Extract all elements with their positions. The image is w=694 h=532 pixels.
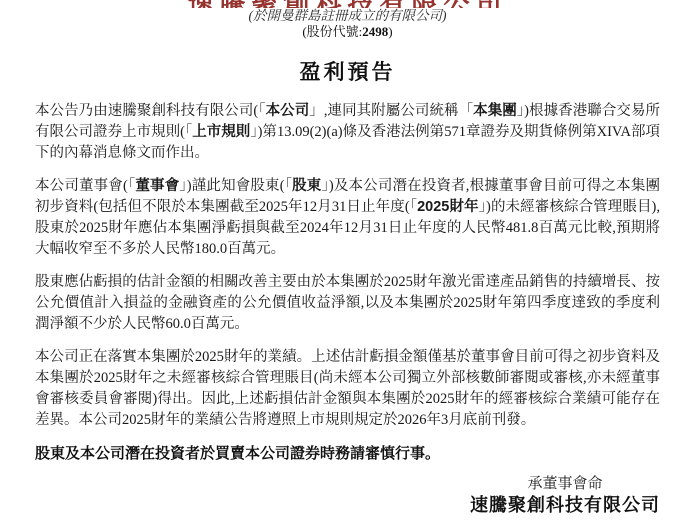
by-order-of-board: 承董事會命 [470,474,660,494]
document-title: 盈利預告 [35,60,660,86]
paragraph: 本公告乃由速騰聚創科技有限公司(「本公司」,連同其附屬公司統稱「本集團」)根據香… [35,101,660,164]
paragraph: 本公司董事會(「董事會」)謹此知會股東(「股東」)及本公司潛在投資者,根據董事會… [35,176,660,260]
caution-statement: 股東及本公司潛在投資者於買賣本公司證券時務請審慎行事。 [35,443,660,464]
signature-inner: 承董事會命 速騰聚創科技有限公司 [470,474,660,516]
paragraph: 本公司正在落實本集團於2025財年的業績。上述估計虧損金額僅基於董事會目前可得之… [35,347,660,431]
stock-code-value: 2498 [362,24,388,39]
defined-term: 股東 [292,178,321,194]
paragraph: 股東應佔虧損的估計金額的相關改善主要由於本集團於2025財年激光雷達產品銷售的持… [35,272,660,335]
signature-block: 承董事會命 速騰聚創科技有限公司 [35,474,660,516]
company-name-red-text: 速騰聚創科技有限公司 [187,0,507,8]
defined-term: 董事會 [135,178,179,194]
signature-company-name: 速騰聚創科技有限公司 [470,494,660,516]
stock-code-line: (股份代號:2498) [35,24,660,39]
stock-code-close: ) [388,24,392,39]
announcement-page: 速騰聚創科技有限公司 (於開曼群島註冊成立的有限公司) (股份代號:2498) … [0,0,694,532]
paragraph-text: 」,連同其附屬公司統稱「 [309,103,473,119]
stock-code-label: (股份代號: [302,24,362,39]
clipped-company-name-banner: 速騰聚創科技有限公司 [35,0,660,8]
paragraph-text: 股東應佔虧損的估計金額的相關改善主要由於本集團於2025財年激光雷達產品銷售的持… [35,274,660,332]
paragraph-text: 本公告乃由速騰聚創科技有限公司(「 [35,103,266,119]
defined-term: 本公司 [266,103,310,119]
incorporation-note: (於開曼群島註冊成立的有限公司) [35,8,660,23]
defined-term: 本集團 [473,103,517,119]
paragraph-text: 本公司正在落實本集團於2025財年的業績。上述估計虧損金額僅基於董事會目前可得之… [35,349,660,428]
defined-term: 上市規則 [192,124,250,140]
body-paragraphs: 本公告乃由速騰聚創科技有限公司(「本公司」,連同其附屬公司統稱「本集團」)根據香… [35,101,660,431]
paragraph-text: 」)謹此知會股東(「 [179,178,292,194]
defined-term: 2025財年 [417,199,479,215]
paragraph-text: 本公司董事會(「 [35,178,135,194]
